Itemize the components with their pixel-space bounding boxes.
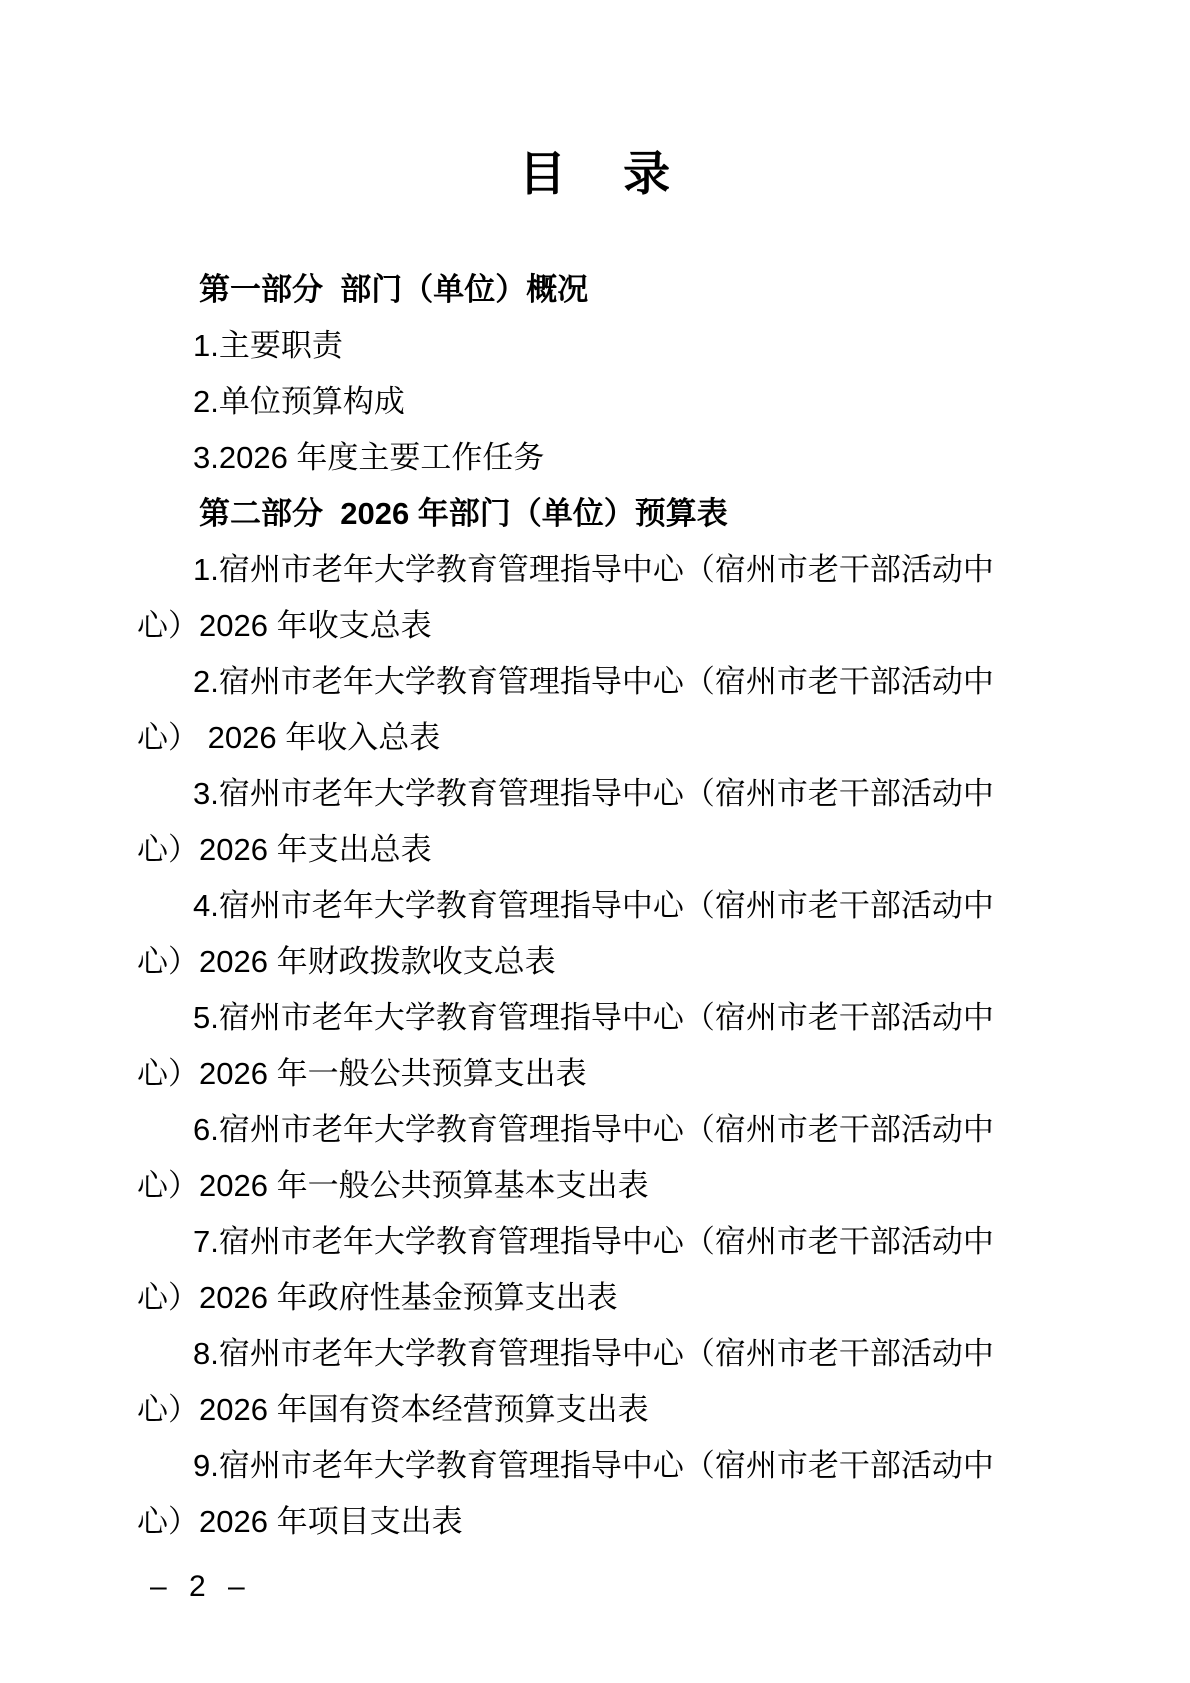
toc-item-2-3-line-2: 心）2026 年支出总表 <box>137 822 1037 878</box>
toc-item-2-5-line-1: 5.宿州市老年大学教育管理指导中心（宿州市老干部活动中 <box>137 990 1037 1046</box>
toc-item-2-7-line-2: 心）2026 年政府性基金预算支出表 <box>137 1270 1037 1326</box>
toc-item-2-7-line-1: 7.宿州市老年大学教育管理指导中心（宿州市老干部活动中 <box>137 1214 1037 1270</box>
toc-item-2-9-line-2: 心）2026 年项目支出表 <box>137 1494 1037 1550</box>
toc-item-2-8-line-1: 8.宿州市老年大学教育管理指导中心（宿州市老干部活动中 <box>137 1326 1037 1382</box>
toc: 第一部分 部门（单位）概况 1.主要职责 2.单位预算构成 3.2026 年度主… <box>137 262 1037 1550</box>
document-page: 目 录 第一部分 部门（单位）概况 1.主要职责 2.单位预算构成 3.2026… <box>0 0 1190 1683</box>
toc-item-2-2-line-2: 心） 2026 年收入总表 <box>137 710 1037 766</box>
section-1-heading: 第一部分 部门（单位）概况 <box>137 262 1037 318</box>
toc-item-2-4-line-2: 心）2026 年财政拨款收支总表 <box>137 934 1037 990</box>
toc-item-1-2: 2.单位预算构成 <box>137 374 1037 430</box>
toc-item-2-2-line-1: 2.宿州市老年大学教育管理指导中心（宿州市老干部活动中 <box>137 654 1037 710</box>
toc-item-1-1: 1.主要职责 <box>137 318 1037 374</box>
toc-item-2-1-line-2: 心）2026 年收支总表 <box>137 598 1037 654</box>
toc-item-2-6-line-2: 心）2026 年一般公共预算基本支出表 <box>137 1158 1037 1214</box>
toc-item-1-3: 3.2026 年度主要工作任务 <box>137 430 1037 486</box>
toc-item-2-1-line-1: 1.宿州市老年大学教育管理指导中心（宿州市老干部活动中 <box>137 542 1037 598</box>
page-title: 目 录 <box>0 147 1190 201</box>
toc-item-2-5-line-2: 心）2026 年一般公共预算支出表 <box>137 1046 1037 1102</box>
page-number: – 2 – <box>150 1570 245 1604</box>
toc-item-2-3-line-1: 3.宿州市老年大学教育管理指导中心（宿州市老干部活动中 <box>137 766 1037 822</box>
toc-item-2-8-line-2: 心）2026 年国有资本经营预算支出表 <box>137 1382 1037 1438</box>
toc-item-2-6-line-1: 6.宿州市老年大学教育管理指导中心（宿州市老干部活动中 <box>137 1102 1037 1158</box>
section-2-heading: 第二部分 2026 年部门（单位）预算表 <box>137 486 1037 542</box>
toc-item-2-4-line-1: 4.宿州市老年大学教育管理指导中心（宿州市老干部活动中 <box>137 878 1037 934</box>
toc-item-2-9-line-1: 9.宿州市老年大学教育管理指导中心（宿州市老干部活动中 <box>137 1438 1037 1494</box>
